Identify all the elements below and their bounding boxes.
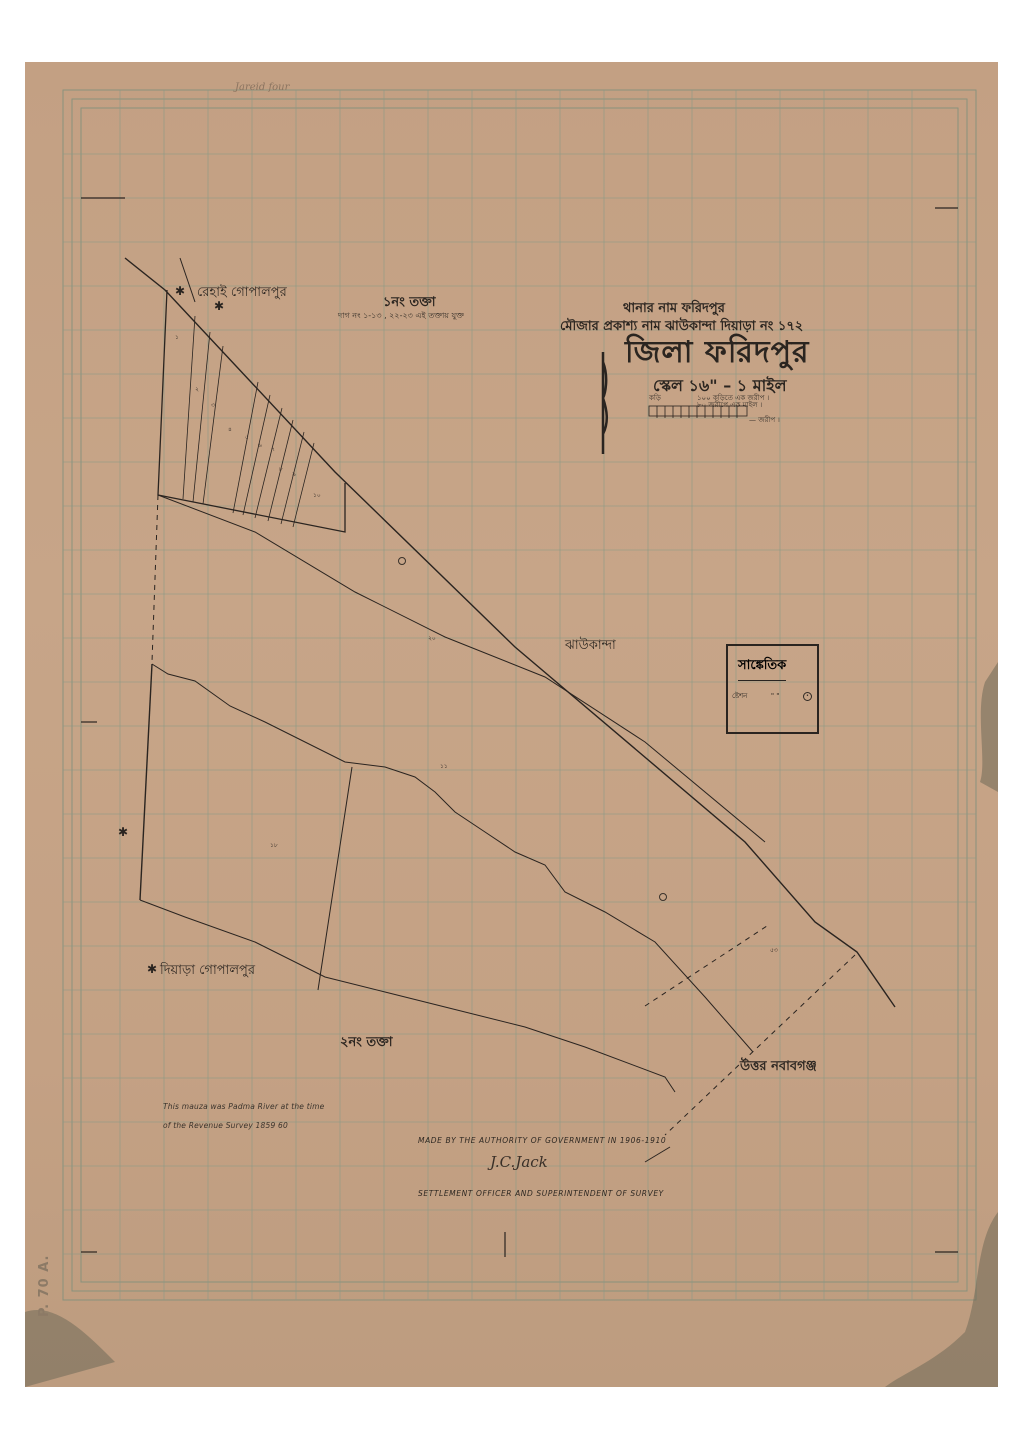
parcel-number: ২ [195, 384, 199, 395]
station-icon [398, 557, 406, 565]
place-rehai-gopalpur: রেহাই গোপালপুর [197, 286, 287, 299]
sheet-1-note: দাগ নং ১-১৩ , ২২-২৩ এই তক্তায় যুক্ত [338, 312, 464, 320]
boundary-star-icon: ✱ [118, 826, 128, 838]
legend-row-station: ষ্টেশন " " • [732, 690, 812, 702]
officer-signature: J.C.Jack [490, 1155, 548, 1170]
thana-name: থানার নাম ফরিদপুর [623, 302, 725, 315]
parcel-number: ৯ [292, 469, 296, 480]
parcel-number: ১ [175, 332, 179, 343]
scale-bar-unit: কড়ি [649, 395, 661, 402]
parcel-number: ৩ [211, 400, 215, 411]
legend-station-label: ষ্টেশন [732, 690, 747, 702]
parcel-number: ৫৩ [770, 945, 778, 956]
parcel-number: ৬ [258, 440, 262, 451]
parcel-number: ১৮ [270, 840, 278, 851]
place-jhaukanda: ঝাউকান্দা [565, 639, 616, 652]
scale-bar-label: — জরীপ । [749, 417, 780, 424]
parcel-number: ১০ [313, 490, 321, 501]
station-icon [659, 893, 667, 901]
sheet-2-label: ২নং তক্তা [340, 1036, 393, 1049]
parcel-number: ৭ [271, 444, 275, 455]
sheet-stamp: P. 70 A. [37, 1255, 52, 1317]
legend-title: সাঙ্কেতিক [738, 656, 786, 681]
district-title: জিলা ফরিদপুর [625, 338, 810, 368]
parcel-number: ২০ [428, 633, 436, 644]
pencil-annotation: Jareid four [235, 82, 289, 93]
scale-label: স্কেল ১৬" – ১ মাইল [653, 378, 787, 394]
legend-box: সাঙ্কেতিক ষ্টেশন " " • [726, 644, 819, 734]
parcel-number: ১১ [440, 761, 448, 772]
sheet-1-label: ১নং তক্তা [383, 296, 435, 309]
parcel-number: ৮ [279, 464, 283, 475]
boundary-star-icon: ✱ [147, 963, 157, 975]
parcel-number: ৪ [228, 424, 232, 435]
place-diara-gopalpur: দিয়াড়া গোপালপুর [160, 964, 255, 977]
history-note-line-1: This mauza was Padma River at the time [163, 1103, 324, 1111]
boundary-star-icon: ✱ [175, 285, 185, 297]
parcel-number: ৫ [245, 432, 249, 443]
officer-title: SETTLEMENT OFFICER AND SUPERINTENDENT OF… [418, 1190, 664, 1198]
history-note-line-2: of the Revenue Survey 1859 60 [163, 1122, 288, 1130]
map-sheet: Jareid four থানার নাম ফরিদপুর মৌজার প্রক… [25, 62, 998, 1387]
mauza-name: মৌজার প্রকাশ্য নাম ঝাউকান্দা দিয়াড়া নং… [560, 320, 803, 333]
station-circle-icon: • [803, 692, 812, 701]
authority-line: MADE BY THE AUTHORITY OF GOVERNMENT IN 1… [418, 1137, 666, 1145]
place-uttar-nawabganj: উত্তর নবাবগঞ্জ [740, 1060, 817, 1073]
legend-ditto-marks: " " [771, 692, 780, 700]
boundary-star-icon: ✱ [214, 300, 224, 312]
scale-note-2: ৮০ জরীপে এক মাইল । [697, 402, 762, 409]
